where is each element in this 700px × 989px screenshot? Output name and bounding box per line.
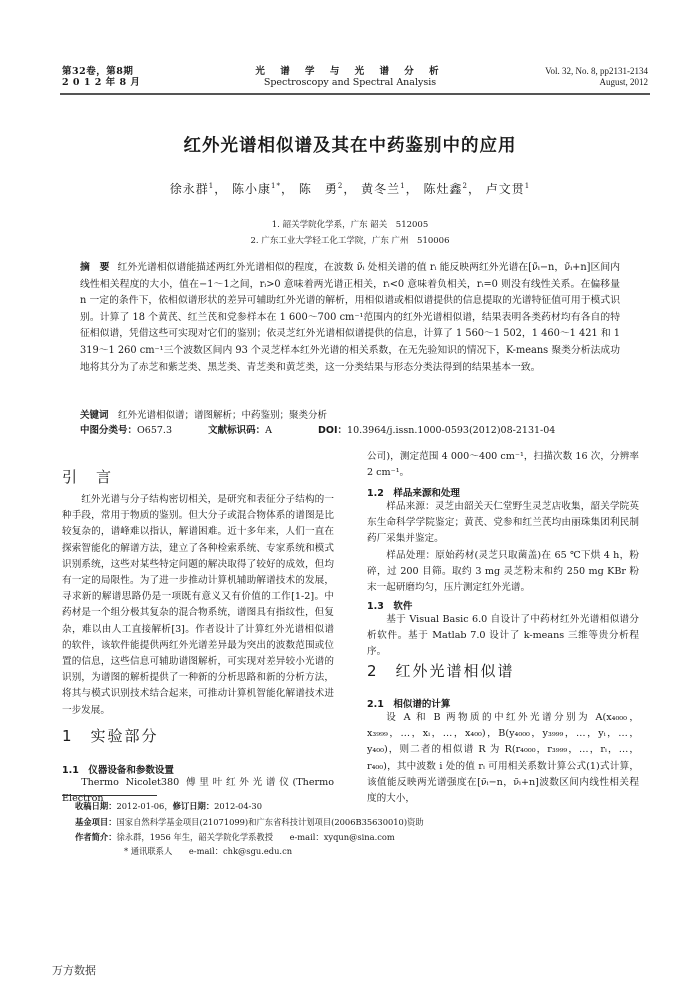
- volume-issue: 第32卷，第8期: [62, 66, 140, 77]
- section-1-1-continued: 公司)，测定范围 4 000～400 cm⁻¹，扫描次数 16 次，分辨率 2 …: [367, 449, 639, 481]
- citation-pages: Vol. 32, No. 8, pp2131-2134: [545, 66, 648, 77]
- doc-code-label: 文献标识码：: [208, 425, 265, 436]
- issue-date: 2 0 1 2 年 8 月: [62, 77, 140, 88]
- clc-number: O657.3: [137, 425, 172, 436]
- section-1-heading: 1 实验部分: [62, 725, 334, 746]
- section-2-heading: 2 红外光谱相似谱: [367, 660, 639, 681]
- affiliation-1: 1. 韶关学院化学系，广东 韶关 512005: [0, 218, 700, 230]
- journal-issue-info: 第32卷，第8期 2 0 1 2 年 8 月: [62, 66, 140, 88]
- footnote-author-bio: 作者简介：徐永群，1956 年生，韶关学院化学系教授 e-mail：xyqun@…: [75, 831, 395, 844]
- revised-date: 2012-04-30: [214, 801, 262, 811]
- intro-heading: 引 言: [62, 466, 334, 487]
- funding-text: 国家自然科学基金项目(21071099)和广东省科技计划项目(2006B3563…: [117, 817, 424, 827]
- affiliation-2: 2. 广东工业大学轻工化工学院，广东 广州 510006: [0, 234, 700, 246]
- abstract-text: 红外光谱相似谱能描述两红外光谱相似的程度，在波数 ν̃ᵢ 处相关谱的值 rᵢ 能…: [80, 262, 620, 373]
- citation-date: August, 2012: [545, 77, 648, 88]
- doi-label: DOI：: [318, 425, 347, 436]
- author-list: 徐永群1， 陈小康1*， 陈 勇2， 黄冬兰1， 陈灶鑫2， 卢文贯1: [0, 180, 700, 197]
- received-date: 2012-01-06，: [117, 801, 173, 811]
- article-title: 红外光谱相似谱及其在中药鉴别中的应用: [0, 132, 700, 157]
- section-2-1-heading: 2.1 相似谱的计算: [367, 696, 639, 710]
- author: 徐永群: [170, 182, 209, 196]
- author: 黄冬兰: [361, 182, 400, 196]
- header-divider: [60, 93, 650, 95]
- section-1-2-heading: 1.2 样品来源和处理: [367, 485, 639, 499]
- doc-code: A: [265, 425, 272, 436]
- intro-paragraph: 红外光谱与分子结构密切相关，是研究和表征分子结构的一种手段，常用于物质的鉴别。但…: [62, 492, 334, 719]
- clc-label: 中图分类号：: [80, 425, 137, 436]
- footnote-corresponding: * 通讯联系人 e-mail：chk@sgu.edu.cn: [124, 845, 292, 858]
- sample-source-paragraph: 样品来源：灵芝由韶关天仁堂野生灵芝店收集，韶关学院英东生命科学学院鉴定；黄芪、党…: [367, 499, 639, 548]
- footnote-divider: [62, 795, 157, 796]
- software-paragraph: 基于 Visual Basic 6.0 自设计了中药材红外光谱相似谱分析软件。基…: [367, 612, 639, 661]
- keywords: 红外光谱相似谱；谱图解析；中药鉴别；聚类分析: [118, 410, 327, 421]
- doi: 10.3964/j.issn.1000-0593(2012)08-2131-04: [347, 425, 555, 436]
- keywords-label: 关键词: [80, 410, 109, 421]
- journal-name-en: Spectroscopy and Spectral Analysis: [250, 77, 450, 88]
- wanfang-watermark: 万方数据: [52, 962, 96, 978]
- footnote-dates: 收稿日期：2012-01-06，修订日期：2012-04-30: [75, 800, 262, 813]
- journal-citation: Vol. 32, No. 8, pp2131-2134 August, 2012: [545, 66, 648, 88]
- author: 陈灶鑫: [423, 182, 462, 196]
- footnote-funding: 基金项目：国家自然科学基金项目(21071099)和广东省科技计划项目(2006…: [75, 816, 424, 829]
- abstract-label: 摘 要: [80, 262, 110, 273]
- author: 陈 勇: [299, 182, 338, 196]
- author: 陈小康: [232, 182, 271, 196]
- journal-name: 光 谱 学 与 光 谱 分 析 Spectroscopy and Spectra…: [250, 66, 450, 88]
- section-1-1-heading: 1.1 仪器设备和参数设置: [62, 762, 334, 776]
- abstract: 摘 要红外光谱相似谱能描述两红外光谱相似的程度，在波数 ν̃ᵢ 处相关谱的值 r…: [80, 260, 620, 376]
- author: 卢文贯: [486, 182, 525, 196]
- journal-name-cn: 光 谱 学 与 光 谱 分 析: [250, 66, 450, 77]
- section-1-3-heading: 1.3 软件: [367, 598, 639, 612]
- similarity-calculation-paragraph: 设 A 和 B 两物质的中红外光谱分别为 A(x₄₀₀₀，x₃₉₉₉，…，xᵢ，…: [367, 710, 639, 807]
- sample-processing-paragraph: 样品处理：原始药材(灵芝只取菌盖)在 65 ℃下烘 4 h，粉碎，过 200 目…: [367, 548, 639, 597]
- author-bio-text: 徐永群，1956 年生，韶关学院化学系教授 e-mail：xyqun@sina.…: [117, 832, 395, 842]
- keywords-block: 关键词 红外光谱相似谱；谱图解析；中药鉴别；聚类分析 中图分类号：O657.3 …: [80, 408, 640, 438]
